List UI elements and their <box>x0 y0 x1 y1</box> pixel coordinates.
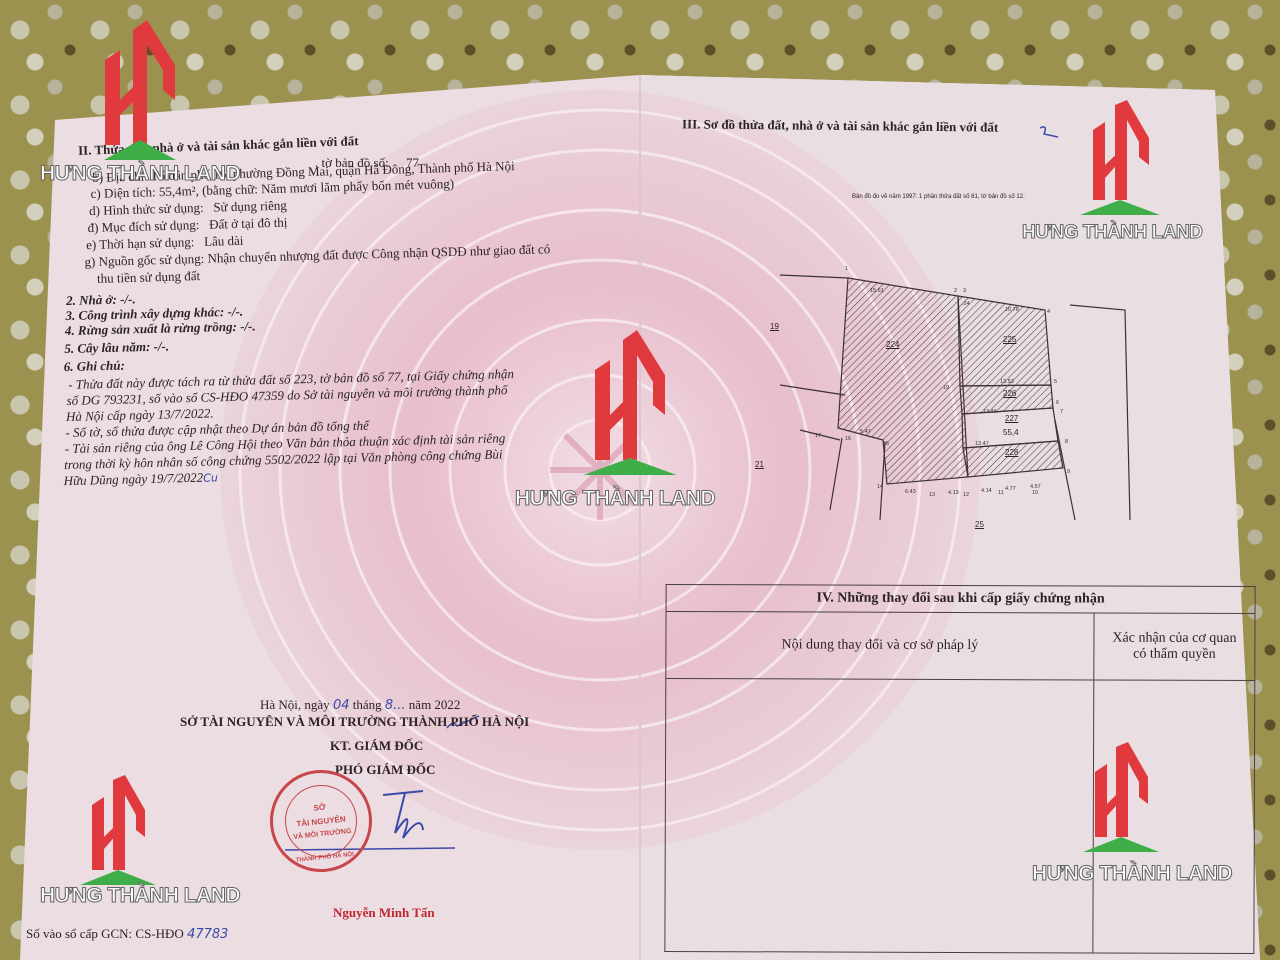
svg-text:13: 13 <box>929 492 935 498</box>
map-note: Bản đồ đo vẽ năm 1997: 1 phần thửa đất s… <box>852 194 1025 200</box>
svg-text:4.14: 4.14 <box>981 488 992 494</box>
date-prefix: Hà Nội, ngày <box>260 697 330 712</box>
registry-value: 47783 <box>187 927 228 942</box>
watermark-text: HƯNG THÀNH LAND <box>1022 222 1202 244</box>
watermark-text: HƯNG THÀNH LAND <box>40 162 240 186</box>
note-line-text: Hữu Dũng ngày 19/7/2022 <box>63 470 203 488</box>
svg-text:3: 3 <box>963 288 966 294</box>
watermark-logo <box>1083 742 1163 857</box>
origin-cont: thu tiền sử dụng đất <box>97 268 201 287</box>
ht-logo-icon <box>1083 742 1163 852</box>
svg-text:17: 17 <box>815 433 821 439</box>
watermark-logo <box>1075 100 1165 220</box>
item-house-value: -/-. <box>120 291 136 306</box>
item-perennial-label: 5. Cây lâu năm: <box>64 339 150 356</box>
svg-text:10: 10 <box>1032 490 1038 496</box>
changes-table: IV. Những thay đổi sau khi cấp giấy chứn… <box>664 584 1255 954</box>
item-perennial: 5. Cây lâu năm: -/-. <box>64 338 169 357</box>
svg-text:10.78: 10.78 <box>1005 307 1019 313</box>
item-forest-label: 4. Rừng sản xuất là rừng trồng: <box>65 319 237 338</box>
watermark-logo <box>80 775 160 890</box>
watermark-text: HƯNG THÀNH LAND <box>515 487 715 511</box>
parcel-label: 224 <box>886 340 899 349</box>
usage-form-value: Sử dụng riêng <box>213 198 287 215</box>
svg-text:15: 15 <box>883 441 889 447</box>
change-content-cell <box>665 678 1094 952</box>
svg-text:11: 11 <box>998 490 1004 496</box>
svg-text:7: 7 <box>1060 409 1063 415</box>
col-authority-line2: có thẩm quyền <box>1095 646 1253 663</box>
parcel-label: 228 <box>1005 448 1018 457</box>
svg-text:4.77: 4.77 <box>1005 486 1016 492</box>
certificate-document: 15.6110.78 .2413.53 13.4613.47 6.434.13 … <box>0 0 1280 960</box>
year-label: năm 2022 <box>409 697 461 712</box>
signer-name: Nguyễn Minh Tấn <box>333 905 435 921</box>
ht-logo-icon <box>85 20 195 160</box>
col-change-content: Nội dung thay đổi và cơ sở pháp lý <box>666 611 1094 679</box>
term-label: e) Thời hạn sử dụng: <box>86 234 195 252</box>
svg-text:13.46: 13.46 <box>983 409 997 415</box>
ht-logo-icon <box>1075 100 1165 215</box>
parcel-label: 227 <box>1005 414 1018 423</box>
watermark-text: HƯNG THÀNH LAND <box>1032 862 1232 886</box>
parcel-label: 225 <box>1003 335 1016 344</box>
svg-text:5.47: 5.47 <box>860 429 871 435</box>
issuing-agency: SỞ TÀI NGUYÊN VÀ MÔI TRƯỜNG THÀNH PHỐ HÀ… <box>180 714 529 730</box>
ht-logo-icon <box>80 775 160 885</box>
ink-initials: Cu <box>203 471 218 484</box>
month-label: tháng <box>353 697 382 712</box>
svg-text:9: 9 <box>1067 469 1070 475</box>
ht-logo-icon <box>575 330 685 475</box>
item-perennial-value: -/-. <box>153 338 169 353</box>
purpose-value: Đất ở tại đô thị <box>209 215 288 232</box>
watermark-logo <box>85 20 195 165</box>
col-authority-confirmation: Xác nhận của cơ quan có thẩm quyền <box>1094 613 1255 681</box>
svg-text:15.61: 15.61 <box>870 288 884 294</box>
item-house-label: 2. Nhà ở: <box>66 292 117 308</box>
registry-label: Số vào sổ cấp GCN: CS-HĐO <box>26 926 184 941</box>
issue-date: Hà Nội, ngày 04 tháng 8... năm 2022 <box>260 697 460 713</box>
term-value: Lâu dài <box>204 233 244 249</box>
neighbor-parcel-label: 21 <box>755 460 764 469</box>
svg-text:16: 16 <box>845 436 851 442</box>
watermark-text: HƯNG THÀNH LAND <box>40 884 240 908</box>
purpose-label: đ) Mục đích sử dụng: <box>87 217 199 235</box>
area-label: c) Diện tích: <box>90 184 155 201</box>
item-construction-value: -/-. <box>227 304 243 319</box>
parcel-area: 55,4 <box>1003 428 1019 437</box>
col-authority-line1: Xác nhận của cơ quan <box>1095 630 1253 647</box>
parcel-label: 226 <box>1003 389 1016 398</box>
usage-form-label: d) Hình thức sử dụng: <box>89 200 204 218</box>
date-day: 04 <box>333 698 350 713</box>
section3-heading: III. Sơ đồ thửa đất, nhà ở và tài sản kh… <box>682 116 998 135</box>
svg-text:5: 5 <box>1054 379 1057 385</box>
svg-text:6.43: 6.43 <box>905 489 916 495</box>
item-forest-value: -/-. <box>240 318 256 333</box>
watermark-logo <box>575 330 685 480</box>
svg-text:8: 8 <box>1065 439 1068 445</box>
svg-text:13.47: 13.47 <box>975 441 989 447</box>
svg-text:.24: .24 <box>962 301 970 307</box>
signer-title-2: PHÓ GIÁM ĐỐC <box>335 762 435 778</box>
svg-text:4: 4 <box>1047 309 1050 315</box>
svg-text:13.53: 13.53 <box>1000 379 1014 385</box>
svg-text:12: 12 <box>963 492 969 498</box>
origin-label: g) Nguồn gốc sử dụng: <box>84 251 204 269</box>
svg-text:6: 6 <box>1056 400 1059 406</box>
neighbor-parcel-label: 25 <box>975 520 984 529</box>
notes-label: 6. Ghi chú: <box>64 358 125 375</box>
svg-text:4.13: 4.13 <box>948 490 959 496</box>
date-month: 8... <box>385 698 406 713</box>
svg-text:19: 19 <box>943 385 949 391</box>
svg-text:1: 1 <box>845 266 848 272</box>
svg-text:2: 2 <box>954 288 957 294</box>
registry-number: Số vào sổ cấp GCN: CS-HĐO 47783 <box>26 926 228 942</box>
signer-title-1: KT. GIÁM ĐỐC <box>330 738 423 754</box>
section4-heading: IV. Những thay đổi sau khi cấp giấy chứn… <box>666 584 1255 613</box>
svg-text:14: 14 <box>877 484 883 490</box>
neighbor-parcel-label: 19 <box>770 322 779 331</box>
